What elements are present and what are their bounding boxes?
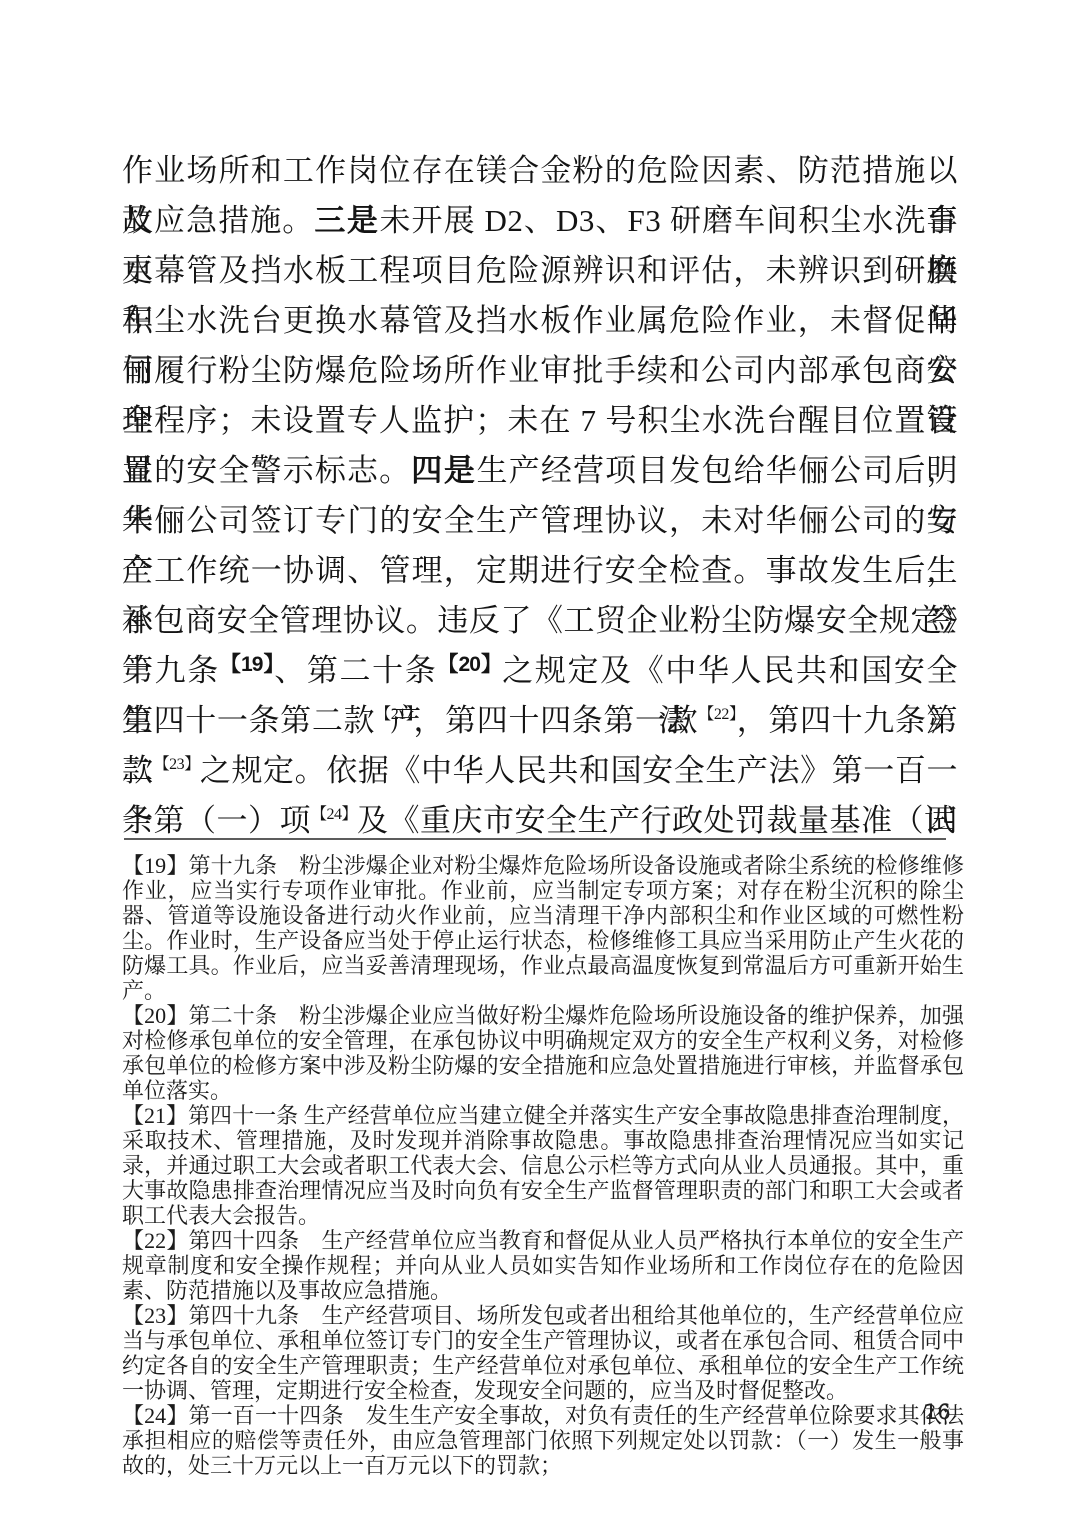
footnote-ref: 【21】: [375, 706, 413, 723]
text-run: 故应急措施。: [122, 203, 314, 238]
body-text: 作业场所和工作岗位存在镁合金粉的危险因素、防范措施以及事故应急措施。三是未开展 …: [122, 146, 958, 846]
body-line: 承包商安全管理协议。违反了《工贸企业粉尘防爆安全规定》第: [122, 596, 958, 646]
footnote-separator: [124, 838, 946, 840]
text-run: 款: [122, 753, 154, 788]
document-page: 作业场所和工作岗位存在镁合金粉的危险因素、防范措施以及事故应急措施。三是未开展 …: [0, 0, 1074, 1520]
text-run: 第四十一条第二款: [122, 703, 375, 738]
footnote-ref: 【19】: [220, 653, 274, 676]
page-number: 16: [924, 1400, 951, 1424]
footnote-21: 【21】第四十一条 生产经营单位应当建立健全并落实生产安全事故隐患排查治理制度，…: [122, 1103, 964, 1228]
footnotes-section: 【19】第十九条 粉尘涉爆企业对粉尘爆炸危险场所设备设施或者除尘系统的检修维修作…: [122, 853, 964, 1478]
text-run: 条第（一）项: [122, 803, 311, 838]
footnote-20: 【20】第二十条 粉尘涉爆企业应当做好粉尘爆炸危险场所设施设备的维护保养，加强对…: [122, 1003, 964, 1103]
body-line: 华俪公司签订专门的安全生产管理协议，未对华俪公司的安全生: [122, 496, 958, 546]
footnote-23: 【23】第四十九条 生产经营项目、场所发包或者出租给其他单位的，生产经营单位应当…: [122, 1303, 964, 1403]
body-line: 显的安全警示标志。四是生产经营项目发包给华俪公司后，未与: [122, 446, 958, 496]
body-line: 理程序；未设置专人监护；未在 7 号积尘水洗台醒目位置设置明: [122, 396, 958, 446]
footnote-24: 【24】第一百一十四条 发生生产安全事故，对负有责任的生产经营单位除要求其依法承…: [122, 1403, 964, 1478]
footnote-19: 【19】第十九条 粉尘涉爆企业对粉尘爆炸危险场所设备设施或者除尘系统的检修维修作…: [122, 853, 964, 1003]
text-run: 十九条: [122, 653, 220, 688]
body-line: 作业场所和工作岗位存在镁合金粉的危险因素、防范措施以及事: [122, 146, 958, 196]
text-run: 三是: [314, 203, 379, 238]
footnote-ref: 【24】: [311, 806, 357, 823]
body-line: 故应急措施。三是未开展 D2、D3、F3 研磨车间积尘水洗台更换: [122, 196, 958, 246]
text-run: 及《重庆市安全生产行政处罚裁量基准（试: [357, 803, 956, 838]
body-line: 产工作统一协调、管理，定期进行安全检查。事故发生后，补签: [122, 546, 958, 596]
text-run: ，第四十四条第一款: [414, 703, 699, 738]
text-run: 显的安全警示标志。: [122, 453, 411, 488]
body-line: 水幕管及挡水板工程项目危险源辨识和评估，未辨识到研磨车间: [122, 246, 958, 296]
body-line: 款【23】之规定。依据《中华人民共和国安全生产法》第一百一十四: [122, 746, 958, 796]
body-line: 积尘水洗台更换水幕管及挡水板作业属危险作业，未督促华俪公: [122, 296, 958, 346]
footnote-22: 【22】第四十四条 生产经营单位应当教育和督促从业人员严格执行本单位的安全生产规…: [122, 1228, 964, 1303]
body-line: 十九条【19】、第二十条【20】之规定及《中华人民共和国安全生产法》: [122, 646, 958, 696]
text-run: 四是: [411, 453, 476, 488]
footnote-ref: 【23】: [154, 756, 200, 773]
body-line: 第四十一条第二款【21】，第四十四条第一款【22】，第四十九条第二: [122, 696, 958, 746]
footnote-ref: 【22】: [698, 706, 736, 723]
footnote-ref: 【20】: [437, 653, 502, 676]
text-run: 、第二十条: [274, 653, 437, 688]
body-line: 司履行粉尘防爆危险场所作业审批手续和公司内部承包商安全管: [122, 346, 958, 396]
